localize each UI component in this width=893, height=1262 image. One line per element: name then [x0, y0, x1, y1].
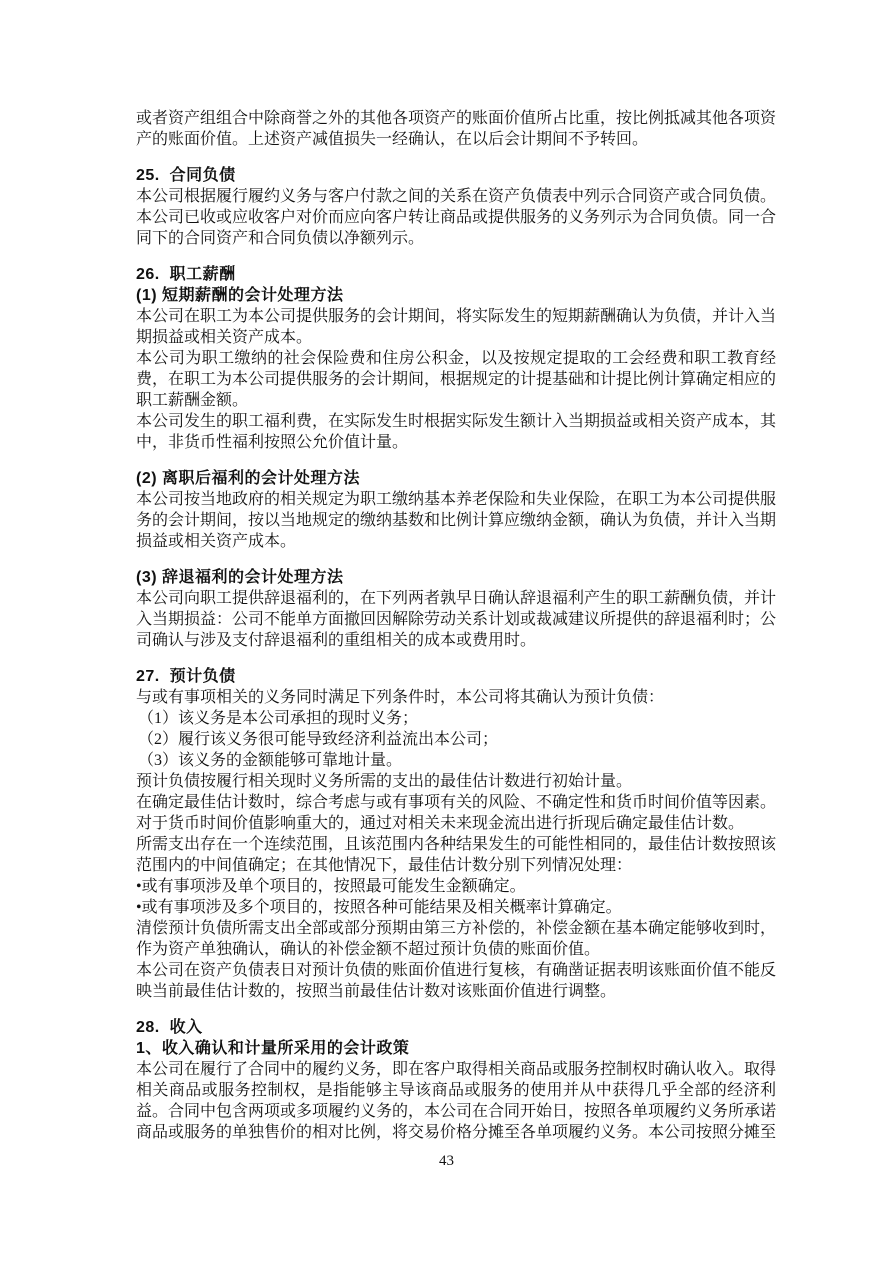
paragraph: 本公司在资产负债表日对预计负债的账面价值进行复核，有确凿证据表明该账面价值不能反… — [136, 960, 776, 1002]
subsection-heading: (2) 离职后福利的会计处理方法 — [136, 468, 776, 489]
paragraph: 与或有事项相关的义务同时满足下列条件时，本公司将其确认为预计负债： — [136, 687, 776, 708]
paragraph: 本公司发生的职工福利费，在实际发生时根据实际发生额计入当期损益或相关资产成本，其… — [136, 411, 776, 453]
paragraph: 对于货币时间价值影响重大的，通过对相关未来现金流出进行折现后确定最佳估计数。 — [136, 813, 776, 834]
paragraph: 本公司在履行了合同中的履约义务，即在客户取得相关商品或服务控制权时确认收入。取得… — [136, 1059, 776, 1143]
paragraph: 本公司根据履行履约义务与客户付款之间的关系在资产负债表中列示合同资产或合同负债。… — [136, 186, 776, 249]
section-heading: 25. 合同负债 — [136, 165, 776, 186]
paragraph: 预计负债按履行相关现时义务所需的支出的最佳估计数进行初始计量。 — [136, 771, 776, 792]
paragraph: 清偿预计负债所需支出全部或部分预期由第三方补偿的，补偿金额在基本确定能够收到时，… — [136, 918, 776, 960]
subsection-heading: (3) 辞退福利的会计处理方法 — [136, 567, 776, 588]
numbered-item: （3）该义务的金额能够可靠地计量。 — [136, 750, 776, 771]
subsection-heading: 1、收入确认和计量所采用的会计政策 — [136, 1038, 776, 1059]
page-number: 43 — [0, 1153, 893, 1170]
subsection-heading: (1) 短期薪酬的会计处理方法 — [136, 285, 776, 306]
page-content: 或者资产组组合中除商誉之外的其他各项资产的账面价值所占比重，按比例抵减其他各项资… — [136, 108, 776, 1143]
paragraph: 本公司按当地政府的相关规定为职工缴纳基本养老保险和失业保险，在职工为本公司提供服… — [136, 489, 776, 552]
paragraph: 本公司为职工缴纳的社会保险费和住房公积金，以及按规定提取的工会经费和职工教育经费… — [136, 348, 776, 411]
numbered-item: （1）该义务是本公司承担的现时义务； — [136, 708, 776, 729]
paragraph: 或者资产组组合中除商誉之外的其他各项资产的账面价值所占比重，按比例抵减其他各项资… — [136, 108, 776, 150]
document-page: 或者资产组组合中除商誉之外的其他各项资产的账面价值所占比重，按比例抵减其他各项资… — [0, 0, 893, 1262]
paragraph: 本公司在职工为本公司提供服务的会计期间，将实际发生的短期薪酬确认为负债，并计入当… — [136, 306, 776, 348]
bullet-item: •或有事项涉及多个项目的，按照各种可能结果及相关概率计算确定。 — [136, 897, 776, 918]
section-heading: 27. 预计负债 — [136, 666, 776, 687]
bullet-item: •或有事项涉及单个项目的，按照最可能发生金额确定。 — [136, 876, 776, 897]
paragraph: 在确定最佳估计数时，综合考虑与或有事项有关的风险、不确定性和货币时间价值等因素。 — [136, 792, 776, 813]
paragraph: 所需支出存在一个连续范围，且该范围内各种结果发生的可能性相同的，最佳估计数按照该… — [136, 834, 776, 876]
section-heading: 26. 职工薪酬 — [136, 264, 776, 285]
paragraph: 本公司向职工提供辞退福利的，在下列两者孰早日确认辞退福利产生的职工薪酬负债，并计… — [136, 588, 776, 651]
section-heading: 28. 收入 — [136, 1017, 776, 1038]
numbered-item: （2）履行该义务很可能导致经济利益流出本公司； — [136, 729, 776, 750]
